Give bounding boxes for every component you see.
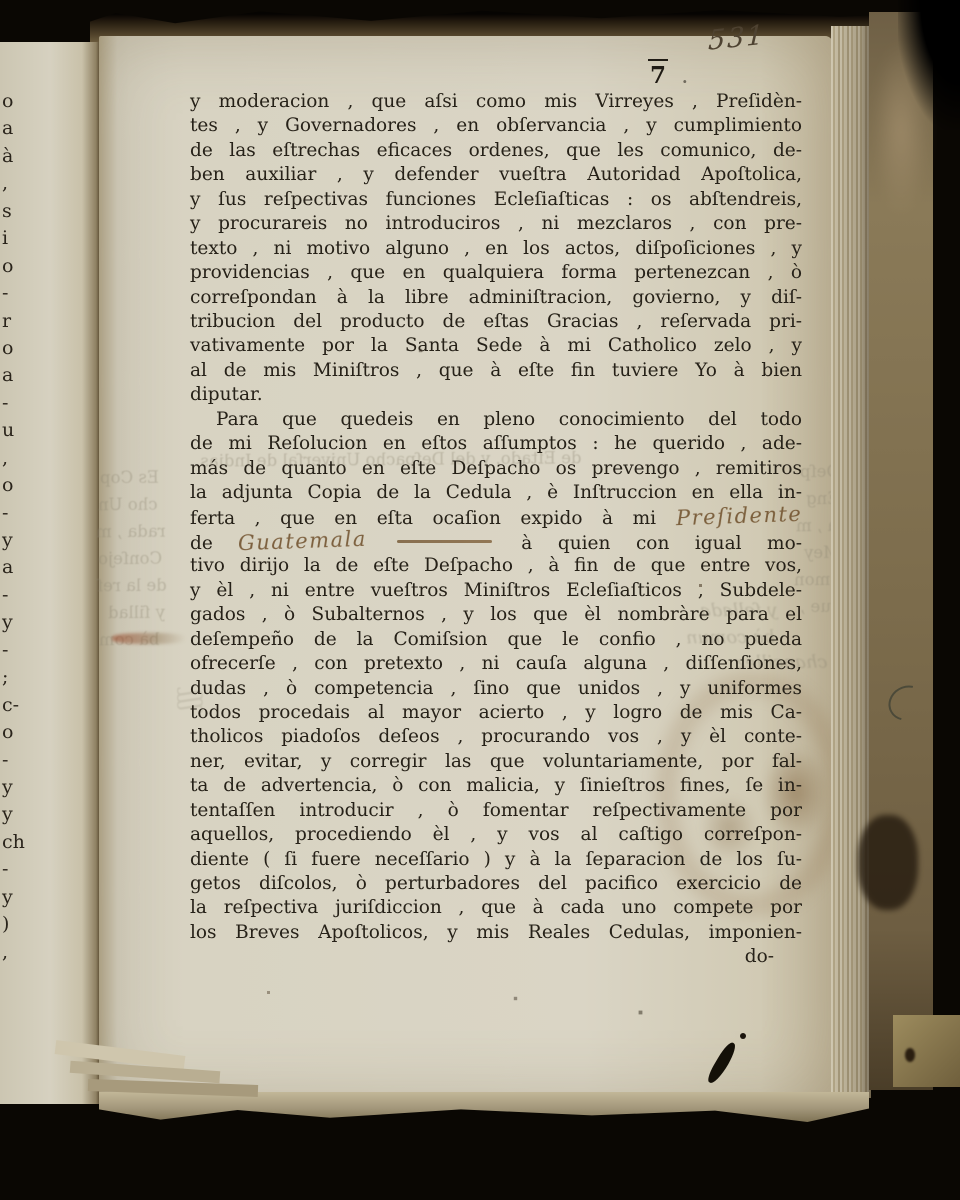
text-line: y ſus reſpectivas funciones Ecleſiaſtica… [190,188,802,212]
text-line: Para que quedeis en pleno conocimiento d… [190,408,802,432]
paper-specks [0,0,1,1]
facing-line-fragment: o [2,472,32,499]
printed-text: à quien con igual mo- [521,533,802,554]
printed-text: ner, evitar, y corregir las que voluntar… [190,751,802,772]
printed-text: gados , ò Subalternos , y los que èl nom… [190,604,802,625]
printed-text: tentaſſen introducir , ò fomentar reſpec… [190,800,802,821]
printed-text: texto , ni motivo alguno , en los actos,… [190,238,802,259]
text-line: ofrecerſe , con pretexto , ni cauſa algu… [190,652,802,676]
facing-line-fragment: - [2,637,32,664]
printed-text: diente ( ſi fuere neceſſario ) y à la ſe… [190,849,802,870]
handwritten-text: Preſidente [675,502,802,531]
printed-text: de mi Reſolucion en eſtos aſſumptos : he… [190,433,802,454]
facing-line-fragment: i [2,225,32,252]
bottom-right-dark-mark [905,1048,915,1062]
printed-text: deſempeño de la Comiſsion que le confio … [190,629,802,650]
text-line: y procurareis no introduciros , ni mezcl… [190,212,802,236]
facing-line-fragment: y [2,801,32,828]
text-line: do- [190,945,802,969]
text-line: aquellos, procediendo èl , y vos al caſt… [190,823,802,847]
facing-line-fragment: - [2,856,32,883]
text-line: deſempeño de la Comiſsion que le confio … [190,628,802,652]
printed-text: al de mis Miniſtros , que à eſte fin tuv… [190,360,802,381]
facing-line-fragment: o [2,88,32,115]
text-line: tribucion del producto de eſtas Gracias … [190,310,802,334]
facing-line-fragment: , [2,939,32,966]
text-line: todos procedais al mayor acierto , y log… [190,701,802,725]
text-line: y moderacion , que aſsi como mis Virreye… [190,90,802,114]
printed-text: ta de advertencia, ò con malicia, y ſini… [190,775,802,796]
facing-line-fragment: o [2,719,32,746]
text-line: tholicos piadoſos deſeos , procurando vo… [190,725,802,749]
printed-text: tes , y Governadores , en obſervancia , … [190,115,802,136]
text-line: de mi Reſolucion en eſtos aſſumptos : he… [190,432,802,456]
facing-page-line-fragments: oaà,sio-roa-u,o-ya-y-;c-o-yych-y), [2,88,32,966]
facing-line-fragment: à [2,143,32,170]
bottom-right-cover-corner [893,1015,960,1087]
text-line: diputar. [190,383,802,407]
facing-line-fragment: y [2,884,32,911]
text-line: diente ( ſi fuere neceſſario ) y à la ſe… [190,848,802,872]
printed-text: de [190,533,213,554]
text-line: texto , ni motivo alguno , en los actos,… [190,237,802,261]
facing-line-fragment: , [2,445,32,472]
facing-line-fragment: - [2,747,32,774]
show-through-text: cho Un [98,495,158,515]
text-line: de las eſtrechas eficaces ordenes, que l… [190,139,802,163]
printed-text: dudas , ò competencia , ſino que unidos … [190,678,802,699]
text-line: ta de advertencia, ò con malicia, y ſini… [190,774,802,798]
printed-text: getos diſcolos, ò perturbadores del paci… [190,873,802,894]
text-line: tivo dirijo la de eſte Deſpacho , à fin … [190,554,802,578]
printed-text: los Breves Apoſtolicos, y mis Reales Ced… [190,922,802,943]
facing-line-fragment: o [2,253,32,280]
printed-text: Para que quedeis en pleno conocimiento d… [216,409,802,430]
printed-text: aquellos, procediendo èl , y vos al caſt… [190,824,802,845]
printed-text: y moderacion , que aſsi como mis Virreye… [190,91,802,112]
printed-text: más de quanto en eſte Deſpacho os preven… [190,458,802,479]
text-line: vativamente por la Santa Sede à mi Catho… [190,334,802,358]
handwritten-text: Guatemala [238,527,368,556]
facing-line-fragment: a [2,115,32,142]
facing-line-fragment: o [2,335,32,362]
handwritten-rule [397,540,492,543]
show-through-text: Es Cop [100,468,159,488]
show-through-text: y ſillad [108,603,165,622]
facing-line-fragment: - [2,390,32,417]
facing-line-fragment: - [2,500,32,527]
printed-text: y èl , ni entre vueſtros Miniſtros Ecleſ… [190,580,802,601]
printed-text: ferta , que en eſta ocaſion expido à mi [190,508,656,529]
ink-dot-mark [740,1033,746,1039]
text-line: ferta , que en eſta ocaſion expido à mi … [190,505,802,529]
printed-text: vativamente por la Santa Sede à mi Catho… [190,335,802,356]
printed-text: diputar. [190,384,263,405]
facing-page-edge: oaà,sio-roa-u,o-ya-y-;c-o-yych-y), [0,42,102,1104]
text-line: la reſpectiva juriſdiccion , que à cada … [190,896,802,920]
text-line: y èl , ni entre vueſtros Miniſtros Ecleſ… [190,579,802,603]
facing-line-fragment: r [2,308,32,335]
text-line: getos diſcolos, ò perturbadores del paci… [190,872,802,896]
facing-line-fragment: u [2,417,32,444]
printed-text: ben auxiliar , y defender vueſtra Autori… [190,164,802,185]
printed-text: tribucion del producto de eſtas Gracias … [190,311,802,332]
printed-text: correſpondan à la libre adminiſtracion, … [190,287,802,308]
text-line: gados , ò Subalternos , y los que èl nom… [190,603,802,627]
text-line: más de quanto en eſte Deſpacho os preven… [190,457,802,481]
facing-line-fragment: ch [2,829,32,856]
book-fore-edge [831,26,871,1098]
page-number-value: 7 [648,59,668,89]
text-line: tentaſſen introducir , ò fomentar reſpec… [190,799,802,823]
printed-text: la adjunta Copia de la Cedula , è Inſtru… [190,482,802,503]
facing-line-fragment: a [2,362,32,389]
margin-ink-smudge [112,633,186,644]
page-bottom-edge [99,1092,869,1122]
printed-text: la reſpectiva juriſdiccion , que à cada … [190,897,802,918]
text-line: ben auxiliar , y defender vueſtra Autori… [190,163,802,187]
printed-text: tholicos piadoſos deſeos , procurando vo… [190,726,802,747]
printed-text: todos procedais al mayor acierto , y log… [190,702,802,723]
show-through-text: rada , m [96,522,166,542]
printed-page-number: 7. [648,62,688,89]
top-right-shadow [898,0,960,130]
text-line: ner, evitar, y corregir las que voluntar… [190,750,802,774]
text-block: y moderacion , que aſsi como mis Virreye… [190,90,802,970]
facing-line-fragment: ) [2,911,32,938]
text-line: de Guatemala à quien con igual mo- [190,530,802,554]
cover-dark-patch [858,815,918,910]
facing-line-fragment: c- [2,692,32,719]
printed-text: ofrecerſe , con pretexto , ni cauſa algu… [190,653,802,674]
facing-line-fragment: , [2,170,32,197]
show-through-text: de la reſ [97,576,167,596]
printed-text: y ſus reſpectivas funciones Ecleſiaſtica… [190,189,802,210]
page-number-dot: . [682,68,688,87]
facing-line-fragment: - [2,582,32,609]
printed-text: de las eſtrechas eficaces ordenes, que l… [190,140,802,161]
facing-line-fragment: y [2,774,32,801]
facing-line-fragment: a [2,554,32,581]
text-line: providencias , que en qualquiera forma p… [190,261,802,285]
printed-text: tivo dirijo la de eſte Deſpacho , à fin … [190,555,802,576]
text-line: tes , y Governadores , en obſervancia , … [190,114,802,138]
printed-text: do- [745,946,774,967]
facing-line-fragment: - [2,280,32,307]
text-line: correſpondan à la libre adminiſtracion, … [190,286,802,310]
facing-line-fragment: ; [2,664,32,691]
text-line: al de mis Miniſtros , que à eſte fin tuv… [190,359,802,383]
facing-line-fragment: y [2,527,32,554]
text-line: la adjunta Copia de la Cedula , è Inſtru… [190,481,802,505]
show-through-text: Conſejo [98,549,162,569]
text-line: dudas , ò competencia , ſino que unidos … [190,677,802,701]
facing-line-fragment: y [2,609,32,636]
printed-text: providencias , que en qualquiera forma p… [190,262,802,283]
printed-text: y procurareis no introduciros , ni mezcl… [190,213,802,234]
text-line: los Breves Apoſtolicos, y mis Reales Ced… [190,921,802,945]
book-spread-photo: oaà,sio-roa-u,o-ya-y-;c-o-yych-y), de Eſ… [0,0,960,1200]
facing-line-fragment: s [2,198,32,225]
